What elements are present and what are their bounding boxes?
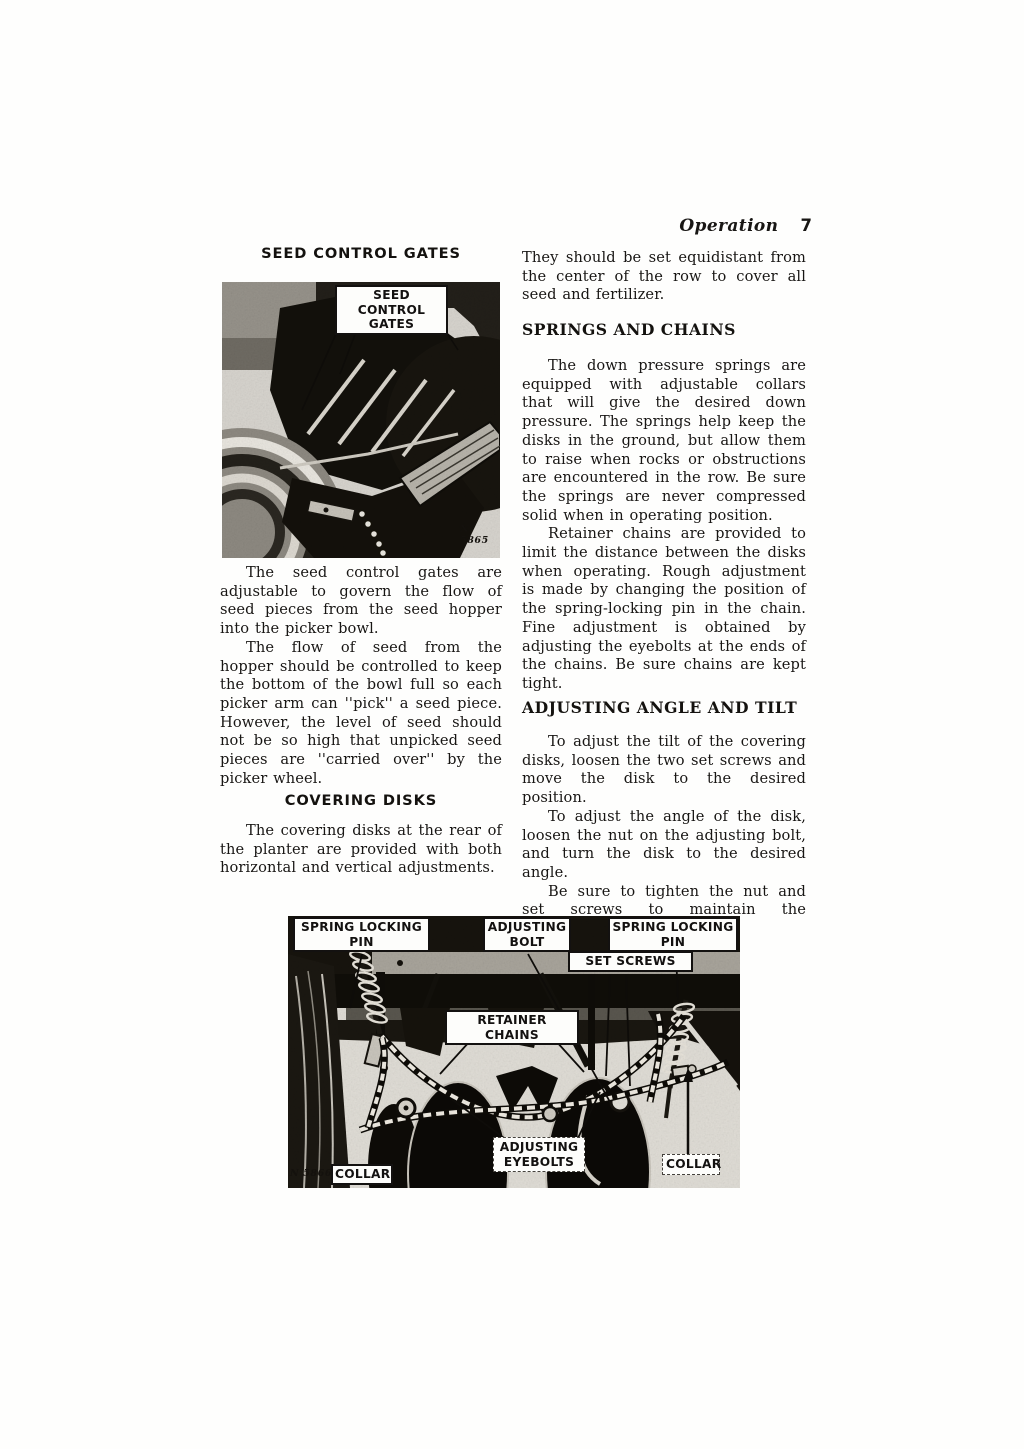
left-column-text-2: The covering disks at the rear of the pl…	[220, 822, 502, 878]
figure-covering-disks-adjustments: SPRING LOCKING PIN ADJUSTING BOLT SPRING…	[288, 916, 740, 1188]
manual-page: Operation 7 SEED CONTROL GATES	[0, 0, 1024, 1449]
header-section-title: Operation	[679, 216, 778, 236]
figure2-callout-collar-left: COLLAR	[331, 1164, 393, 1185]
paragraph-covering-disks: The covering disks at the rear of the pl…	[220, 822, 502, 878]
figure2-callout-adjusting-bolt: ADJUSTING BOLT	[483, 917, 571, 952]
figure2-callout-spring-locking-pin-right: SPRING LOCKING PIN	[608, 917, 738, 952]
right-column-continuation: They should be set equidistant from the …	[522, 249, 806, 305]
paragraph-springs-2: Retainer chains are provided to limit th…	[522, 525, 806, 693]
heading-covering-disks: COVERING DISKS	[220, 792, 502, 809]
heading-springs-and-chains: SPRINGS AND CHAINS	[522, 320, 736, 339]
left-column-text: The seed control gates are adjustable to…	[220, 564, 502, 788]
right-column-adjusting-text: To adjust the tilt of the covering disks…	[522, 733, 806, 939]
paragraph-seed-gates-1: The seed control gates are adjustable to…	[220, 564, 502, 639]
figure2-callout-collar-right: COLLAR	[662, 1154, 720, 1175]
paragraph-adjusting-2: To adjust the angle of the disk, loosen …	[522, 808, 806, 883]
figure2-photo-credit: N 5866	[290, 1168, 332, 1179]
page-header: Operation 7	[0, 216, 812, 236]
heading-adjusting-angle-and-tilt: ADJUSTING ANGLE AND TILT	[522, 698, 797, 717]
figure1-callout-seed-control-gates: SEED CONTROL GATES	[335, 285, 448, 335]
header-page-number: 7	[801, 216, 812, 235]
figure2-callout-set-screws: SET SCREWS	[568, 951, 693, 972]
figure2-callout-adjusting-eyebolts: ADJUSTING EYEBOLTS	[493, 1137, 585, 1172]
figure-seed-control-gates: SEED CONTROL GATES N 5865	[222, 282, 500, 558]
paragraph-continuation: They should be set equidistant from the …	[522, 249, 806, 305]
heading-seed-control-gates: SEED CONTROL GATES	[220, 245, 502, 262]
figure1-photo-credit: N 5865	[460, 524, 500, 546]
paragraph-adjusting-1: To adjust the tilt of the covering disks…	[522, 733, 806, 808]
figure2-callout-retainer-chains: RETAINER CHAINS	[445, 1010, 579, 1045]
paragraph-seed-gates-2: The flow of seed from the hopper should …	[220, 639, 502, 789]
paragraph-springs-1: The down pressure springs are equipped w…	[522, 357, 806, 525]
figure2-callout-spring-locking-pin-left: SPRING LOCKING PIN	[293, 917, 430, 952]
right-column-springs-text: The down pressure springs are equipped w…	[522, 357, 806, 694]
